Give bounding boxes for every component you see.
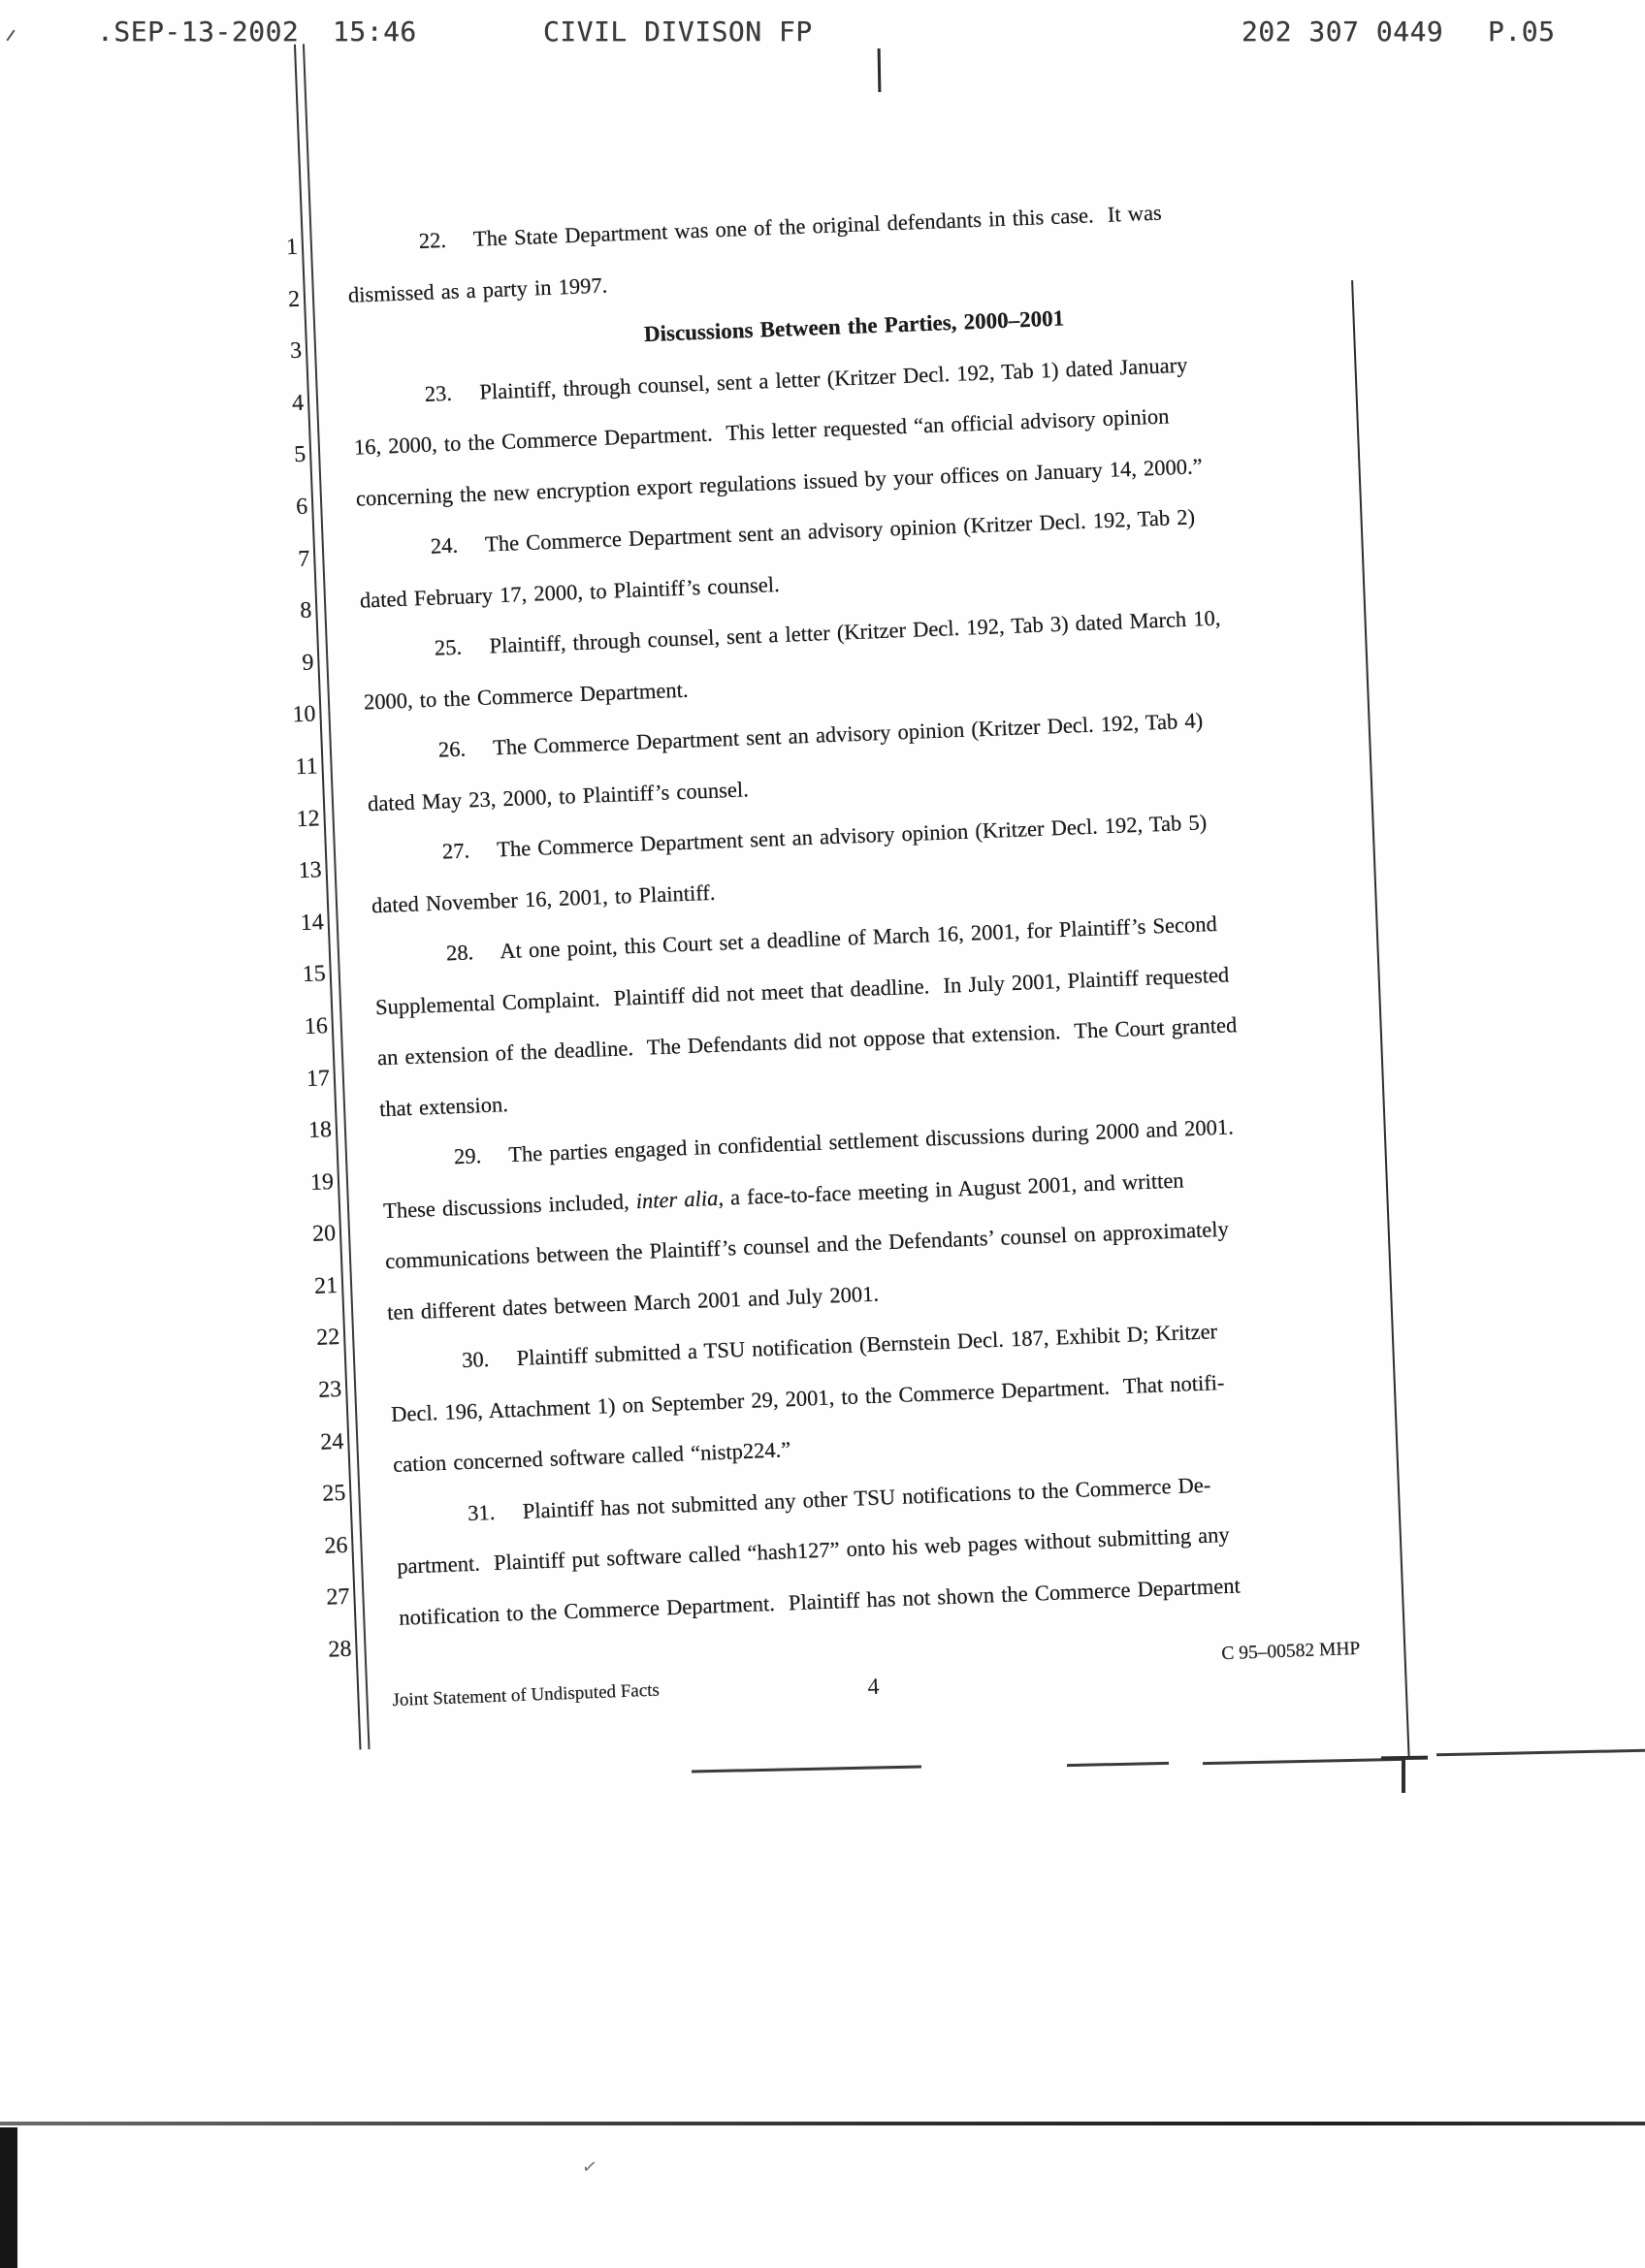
line-number: 13 (278, 845, 323, 898)
line-number: 11 (274, 741, 319, 794)
line-number: 3 (258, 326, 303, 379)
footer-document-title: Joint Statement of Undisputed Facts (392, 1680, 660, 1712)
line-number: 12 (276, 793, 321, 847)
line-number: 20 (292, 1208, 337, 1262)
italic-phrase: inter alia (635, 1185, 719, 1212)
text-segment: These discussions included, (383, 1189, 636, 1223)
scan-edge-bar (0, 2127, 17, 2268)
line-number: 1 (254, 222, 299, 275)
line-number: 4 (260, 377, 305, 431)
line-number: 27 (306, 1572, 351, 1625)
scan-tick-mark (878, 48, 881, 92)
line-number: 8 (268, 586, 312, 639)
footer-case-number: C 95–00582 MHP (1221, 1639, 1361, 1665)
check-mark: ✓ (581, 2156, 599, 2179)
line-number: 5 (262, 430, 306, 483)
line-number: 28 (308, 1624, 353, 1677)
line-number: 26 (304, 1520, 348, 1574)
line-number: 23 (298, 1364, 342, 1418)
line-number: 10 (273, 689, 317, 743)
scan-artifact-line (1436, 1749, 1645, 1757)
line-number: 2 (256, 273, 301, 327)
line-number: 7 (266, 533, 310, 587)
scan-tee-mark-stem (1402, 1757, 1405, 1793)
scan-bottom-line (0, 2122, 1645, 2125)
line-number: 9 (270, 637, 314, 690)
scan-speck (6, 30, 15, 42)
fax-number: 202 307 0449 (1242, 16, 1443, 48)
footer-page-number: 4 (867, 1675, 880, 1701)
line-number: 6 (264, 482, 308, 535)
line-number: 22 (296, 1312, 340, 1365)
line-number: 21 (294, 1261, 339, 1314)
line-number: 24 (300, 1417, 344, 1470)
fax-page-number: P.05 (1488, 16, 1555, 48)
text-segment: , a face-to-face meeting in August 2001,… (718, 1167, 1184, 1209)
line-number: 16 (284, 1001, 329, 1054)
line-number: 15 (282, 949, 327, 1003)
fax-datetime: .SEP-13-2002 15:46 (97, 16, 417, 48)
line-number: 14 (280, 897, 325, 950)
line-number: 17 (286, 1053, 331, 1106)
line-number: 25 (302, 1468, 346, 1521)
line-number: 18 (288, 1104, 333, 1158)
line-number: 19 (290, 1157, 335, 1210)
text-column: 22. The State Department was one of the … (345, 180, 1408, 1644)
fax-sender: CIVIL DIVISON FP (543, 16, 813, 48)
scanned-page: 1234567891011121314151617181920212223242… (217, 133, 1463, 1826)
